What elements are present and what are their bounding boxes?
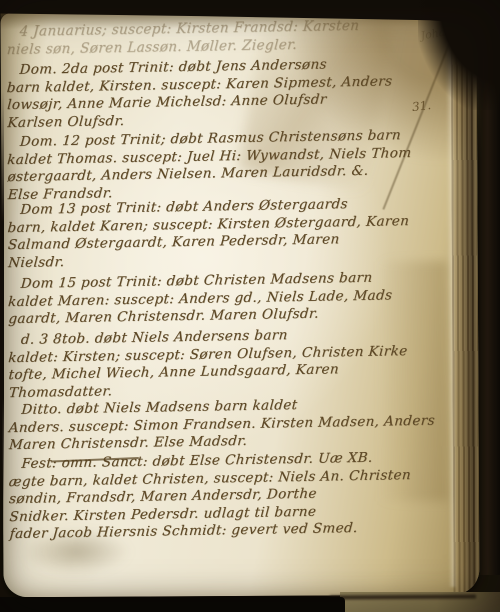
register-entry: d. 3 8tob. døbt Niels Andersens barn kal… xyxy=(8,324,479,402)
register-page: 4 Januarius; suscept: Kirsten Frandsd: K… xyxy=(0,11,479,597)
register-entry: Dom 15 post Trinit: døbt Christen Madsen… xyxy=(8,268,479,329)
photo-border-top-right xyxy=(418,0,500,110)
photo-border-left xyxy=(0,90,4,530)
register-entry: Dom 13 post Trinit: døbt Anders Østergaa… xyxy=(7,194,478,272)
photo-border-bottom-left xyxy=(0,597,345,612)
manuscript-photo: 4 Januarius; suscept: Kirsten Frandsd: K… xyxy=(0,0,500,612)
register-entries: 4 Januarius; suscept: Kirsten Frandsd: K… xyxy=(0,11,479,597)
register-entry: Dom. 2da post Trinit: døbt Jens Andersøn… xyxy=(6,54,477,132)
register-entry: 4 Januarius; suscept: Kirsten Frandsd: K… xyxy=(6,16,477,59)
register-entry: Fest: omn. Sanct: døbt Else Christensdr.… xyxy=(8,448,479,544)
register-entry: Ditto. døbt Niels Madsens barn kaldet An… xyxy=(8,394,479,455)
register-entry: Dom. 12 post Trinit; døbt Rasmus Christe… xyxy=(7,126,478,204)
